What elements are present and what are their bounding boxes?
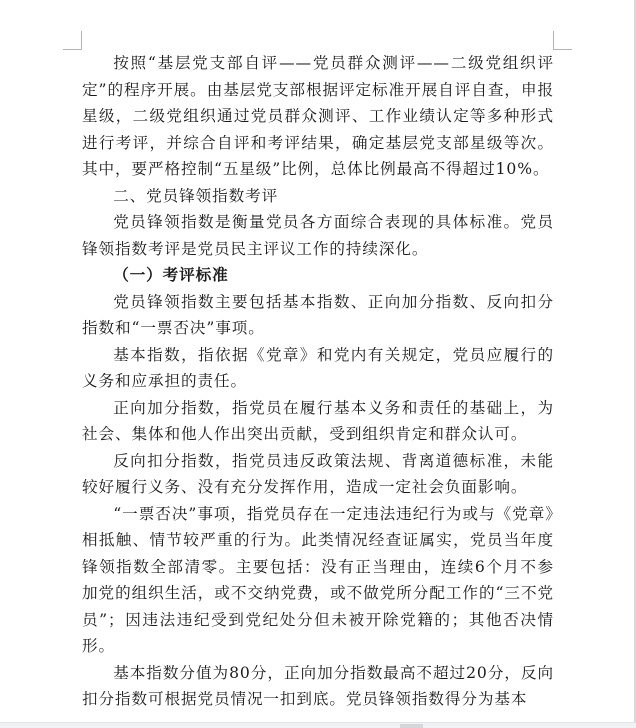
paragraph-evaluation-procedure: 按照“基层党支部自评——党员群众测评——二级党组织评定”的程序开展。由基层党支部… — [82, 50, 554, 183]
document-page: 按照“基层党支部自评——党员群众测评——二级党组织评定”的程序开展。由基层党支部… — [0, 0, 636, 722]
horizontal-scrollbar[interactable] — [0, 722, 636, 728]
paragraph-negative-index: 反向扣分指数，指党员违反政策法规、背离道德标准，未能较好履行义务、没有充分发挥作… — [82, 448, 554, 501]
margin-corner-mark-top-left — [63, 31, 82, 50]
heading-evaluation-standard: （一）考评标准 — [82, 262, 554, 289]
margin-corner-mark-top-right — [553, 31, 572, 50]
scrollbar-thumb[interactable] — [400, 724, 423, 728]
heading-section-two: 二、党员锋领指数考评 — [82, 183, 554, 210]
paragraph-index-components: 党员锋领指数主要包括基本指数、正向加分指数、反向扣分指数和“一票否决”事项。 — [82, 289, 554, 342]
document-body[interactable]: 按照“基层党支部自评——党员群众测评——二级党组织评定”的程序开展。由基层党支部… — [82, 50, 554, 713]
paragraph-score-values: 基本指数分值为80分，正向加分指数最高不超过20分，反向扣分指数可根据党员情况一… — [82, 660, 554, 713]
paragraph-basic-index: 基本指数，指依据《党章》和党内有关规定，党员应履行的义务和应承担的责任。 — [82, 342, 554, 395]
paragraph-index-definition: 党员锋领指数是衡量党员各方面综合表现的具体标准。党员锋领指数考评是党员民主评议工… — [82, 209, 554, 262]
paragraph-veto-items: “一票否决”事项，指党员存在一定违法违纪行为或与《党章》相抵触、情节较严重的行为… — [82, 501, 554, 660]
paragraph-positive-index: 正向加分指数，指党员在履行基本义务和责任的基础上，为社会、集体和他人作出突出贡献… — [82, 395, 554, 448]
